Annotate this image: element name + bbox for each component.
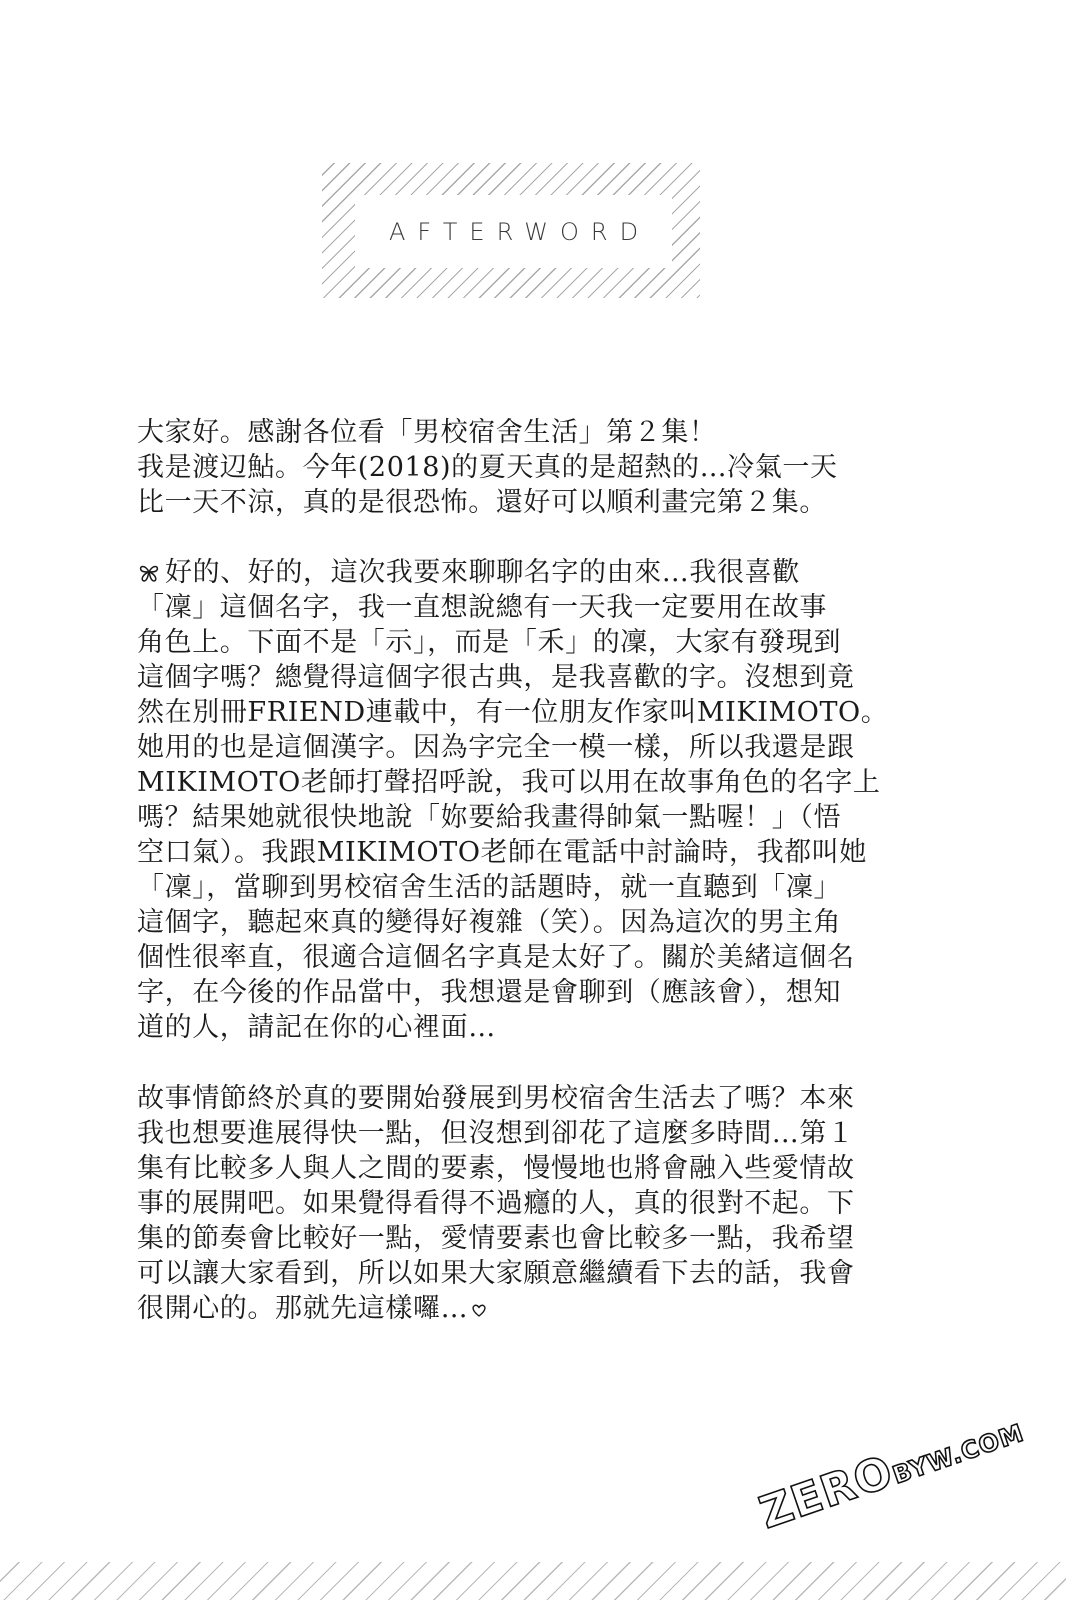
title-box: AFTERWORD — [355, 195, 672, 268]
text-line: 「凜」，當聊到男校宿舍生活的話題時，就一直聽到「凜」 — [137, 870, 917, 905]
text-line: 空口氣）。我跟MIKIMOTO老師在電話中討論時，我都叫她 — [137, 835, 917, 870]
text-line: 事的展開吧。如果覺得看得不過癮的人，真的很對不起。下 — [137, 1186, 917, 1221]
text-line: 個性很率直，很適合這個名字真是太好了。關於美緒這個名 — [137, 940, 917, 975]
text-line-with-icon: 很開心的。那就先這樣囉… — [137, 1291, 917, 1326]
text-line: 我是渡辺鮎。今年(2018)的夏天真的是超熱的…冷氣一天 — [137, 450, 917, 485]
text-line: 故事情節終於真的要開始發展到男校宿舍生活去了嗎？本來 — [137, 1081, 917, 1116]
watermark-small-text: BYW.COM — [889, 1419, 1028, 1490]
watermark: ZEROBYW.COM — [753, 1402, 1029, 1539]
text-line: 角色上。下面不是「示」，而是「禾」的凜，大家有發現到 — [137, 625, 917, 660]
leaf-icon — [137, 560, 161, 584]
text-line: 「凜」這個名字，我一直想說總有一天我一定要用在故事 — [137, 590, 917, 625]
text-line: MIKIMOTO老師打聲招呼說，我可以用在故事角色的名字上 — [137, 765, 917, 800]
text-line: 這個字，聽起來真的變得好複雜（笑）。因為這次的男主角 — [137, 905, 917, 940]
paragraph-name-origin: 好的、好的，這次我要來聊聊名字的由來…我很喜歡 「凜」這個名字，我一直想說總有一… — [137, 555, 917, 1045]
heart-icon — [471, 1302, 487, 1318]
text-line: 這個字嗎？總覺得這個字很古典，是我喜歡的字。沒想到竟 — [137, 660, 917, 695]
text-line: 很開心的。那就先這樣囉… — [137, 1293, 468, 1324]
text-line: 好的、好的，這次我要來聊聊名字的由來…我很喜歡 — [165, 557, 800, 588]
text-line: 嗎？結果她就很快地說「妳要給我畫得帥氣一點喔！」（悟 — [137, 800, 917, 835]
text-line: 然在別冊FRIEND連載中，有一位朋友作家叫MIKIMOTO。 — [137, 695, 917, 730]
text-line: 比一天不涼，真的是很恐怖。還好可以順利畫完第２集。 — [137, 485, 917, 520]
text-line-with-icon: 好的、好的，這次我要來聊聊名字的由來…我很喜歡 — [137, 555, 917, 590]
paragraph-greeting: 大家好。感謝各位看「男校宿舍生活」第２集！ 我是渡辺鮎。今年(2018)的夏天真… — [137, 415, 917, 520]
text-line: 集的節奏會比較好一點，愛情要素也會比較多一點，我希望 — [137, 1221, 917, 1256]
text-line: 集有比較多人與人之間的要素，慢慢地也將會融入些愛情故 — [137, 1151, 917, 1186]
text-line: 大家好。感謝各位看「男校宿舍生活」第２集！ — [137, 415, 917, 450]
text-line: 字，在今後的作品當中，我想還是會聊到（應該會），想知 — [137, 975, 917, 1010]
text-line: 她用的也是這個漢字。因為字完全一模一樣，所以我還是跟 — [137, 730, 917, 765]
paragraph-story-progress: 故事情節終於真的要開始發展到男校宿舍生活去了嗎？本來 我也想要進展得快一點，但沒… — [137, 1081, 917, 1326]
page-title: AFTERWORD — [377, 218, 650, 246]
watermark-big-text: ZERO — [753, 1446, 899, 1539]
text-line: 可以讓大家看到，所以如果大家願意繼續看下去的話，我會 — [137, 1256, 917, 1291]
bottom-hatched-strip — [0, 1562, 1066, 1600]
text-line: 我也想要進展得快一點，但沒想到卻花了這麼多時間…第１ — [137, 1116, 917, 1151]
text-line: 道的人，請記在你的心裡面… — [137, 1010, 917, 1045]
